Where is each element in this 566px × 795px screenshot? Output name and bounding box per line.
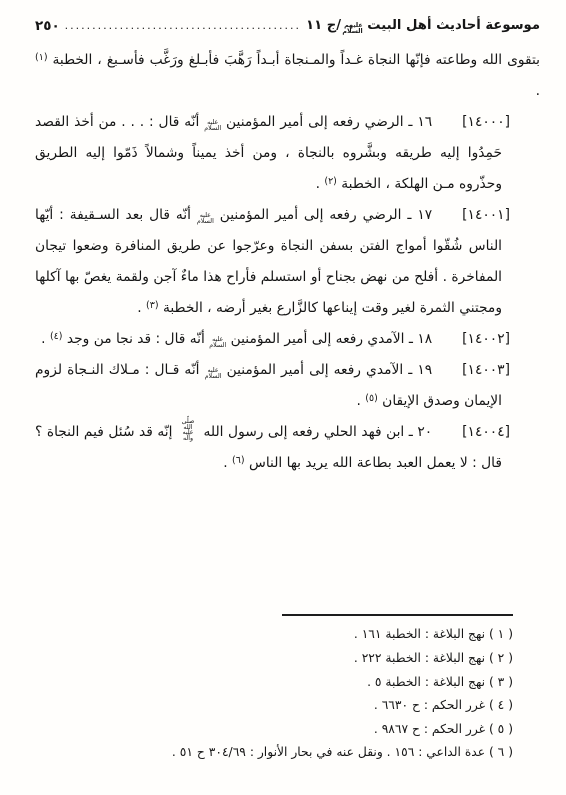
honorific-mark: عليهم السلام (346, 23, 363, 34)
hadith-entry: [١٤٠٠٣]١٩ ـ الآمدي رفعه إلى أمير المؤمني… (35, 355, 540, 417)
dotted-leader: ........................................… (65, 16, 301, 36)
hadith-entry: [١٤٠٠٤]٢٠ ـ ابن فهد الحلي رفعه إلى رسول … (35, 417, 540, 479)
entry-ref-number: [١٤٠٠١] (462, 207, 510, 223)
footnote-item: ( ٥ ) غرر الحكم : ح ٩٨٦٧ . (35, 718, 513, 742)
entry-ref-number: [١٤٠٠٢] (462, 331, 510, 347)
footnote-marker: (٣) (146, 300, 159, 311)
footnote-marker: (١) (35, 52, 48, 63)
footnote-item: ( ٤ ) غرر الحكم : ح ٦٦٣٠ . (35, 694, 513, 718)
footnote-item: ( ٦ ) عدة الداعي : ١٥٦ . ونقل عنه في بحا… (35, 741, 513, 765)
hadith-entry: [١٤٠٠١]١٧ ـ الرضي رفعه إلى أمير المؤمنين… (35, 200, 540, 324)
footnote-marker: (٤) (50, 331, 63, 342)
continuation-paragraph: بتقوى الله وطاعته فإنّها النجاة غـداً وا… (35, 45, 540, 107)
footnotes-list: ( ١ ) نهج البلاغة : الخطبة ١٦١ .( ٢ ) نه… (35, 623, 513, 765)
page-number: ٢٥٠ (35, 16, 60, 36)
hadith-entries: بتقوى الله وطاعته فإنّها النجاة غـداً وا… (35, 45, 540, 479)
footnote-item: ( ١ ) نهج البلاغة : الخطبة ١٦١ . (35, 623, 513, 647)
footnote-marker: (٦) (232, 455, 245, 466)
volume-label: /ج ١١ (306, 18, 341, 33)
footnote-separator (282, 614, 513, 616)
honorific-mark: صلّى الله عليه وآله (177, 419, 199, 441)
hadith-entry: [١٤٠٠٢]١٨ ـ الآمدي رفعه إلى أمير المؤمني… (35, 324, 540, 355)
running-head-title: موسوعة أحاديث أهل البيت عليهم السلام /ج … (306, 16, 540, 36)
footnote-marker: (٢) (324, 176, 337, 187)
book-title: موسوعة أحاديث أهل البيت (367, 18, 540, 33)
entry-ref-number: [١٤٠٠٤] (462, 424, 510, 440)
honorific-mark: عليه السلام (204, 120, 221, 131)
footnotes-section: ( ١ ) نهج البلاغة : الخطبة ١٦١ .( ٢ ) نه… (35, 614, 513, 765)
honorific-mark: عليه السلام (205, 368, 222, 379)
entry-ref-number: [١٤٠٠٠] (462, 114, 510, 130)
hadith-entry: [١٤٠٠٠]١٦ ـ الرضي رفعه إلى أمير المؤمنين… (35, 107, 540, 200)
book-page: موسوعة أحاديث أهل البيت عليهم السلام /ج … (0, 0, 566, 795)
footnote-marker: (٥) (365, 393, 378, 404)
footnote-item: ( ٢ ) نهج البلاغة : الخطبة ٢٢٢ . (35, 647, 513, 671)
honorific-mark: عليه السلام (197, 213, 214, 224)
honorific-mark: عليه السلام (209, 337, 226, 348)
page-header: موسوعة أحاديث أهل البيت عليهم السلام /ج … (35, 16, 540, 36)
entry-ref-number: [١٤٠٠٣] (462, 362, 510, 378)
footnote-item: ( ٣ ) نهج البلاغة : الخطبة ٥ . (35, 671, 513, 695)
